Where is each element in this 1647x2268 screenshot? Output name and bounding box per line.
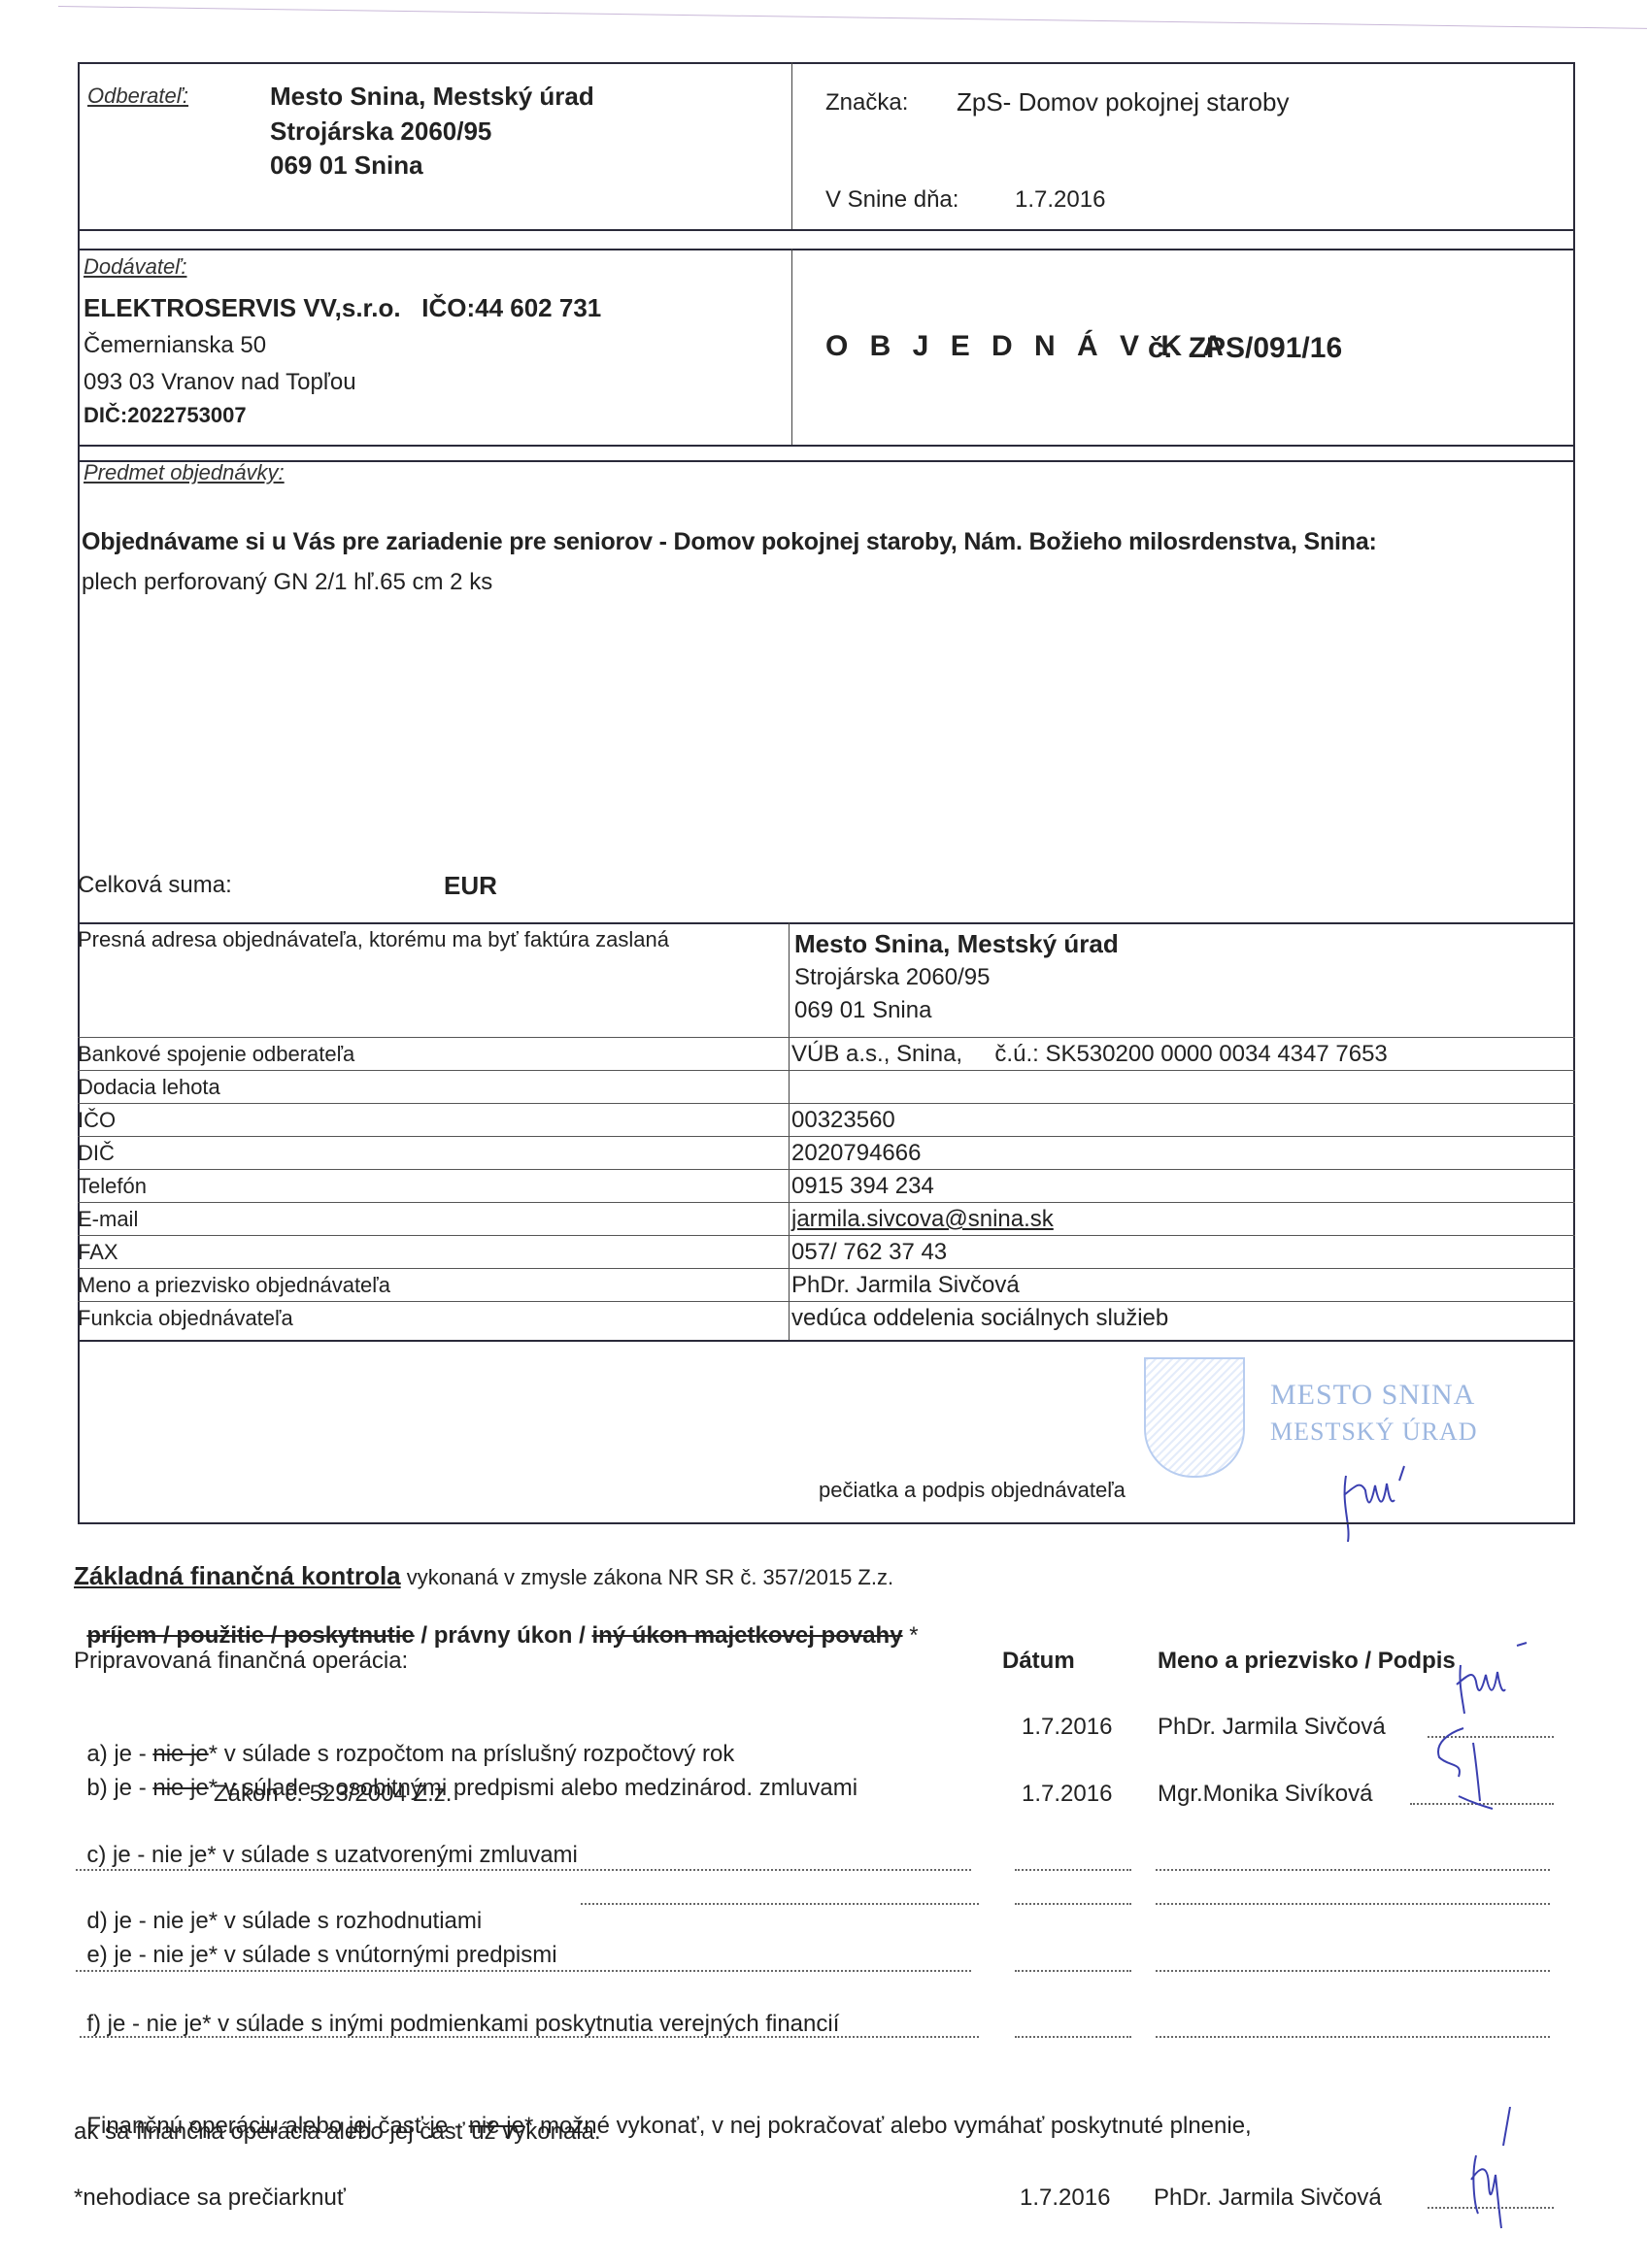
supplier-bottom-line	[78, 445, 1575, 447]
control-type-sep-1: /	[415, 1622, 434, 1649]
stamp-text-2: MESTSKÝ ÚRAD	[1270, 1417, 1478, 1447]
supplier-label: Dodávateľ:	[84, 254, 186, 280]
customer-label: Odberateľ:	[87, 83, 188, 109]
details-row-label: Funkcia objednávateľa	[78, 1306, 293, 1331]
header-bottom-line	[78, 229, 1575, 231]
control-type-line: príjem / použitie / poskytnutie / právny…	[74, 1595, 919, 1650]
control-title-line: Základná finančná kontrola vykonaná v zm…	[74, 1561, 893, 1591]
signature-final-icon	[1457, 2107, 1534, 2233]
item-e-prefix: e) je - nie je	[86, 1942, 208, 1968]
invoice-address-street: Strojárska 2060/95	[794, 964, 990, 991]
box-border-top	[78, 62, 1575, 64]
details-row-separator	[78, 1070, 1575, 1071]
email-link[interactable]: jarmila.sivcova@snina.sk	[791, 1206, 1054, 1233]
item-c-prefix: c) je - nie je	[86, 1842, 207, 1868]
item-f-prefix: f) je - nie je	[86, 2011, 202, 2037]
order-number: č. ZPS/091/16	[1148, 332, 1342, 365]
control-type-sep-2: /	[572, 1622, 591, 1649]
supplier-divider	[791, 249, 792, 445]
control-item-b: b) je - nie je* v súlade s osobitnými pr…	[74, 1748, 857, 1802]
subject-item: plech perforovaný GN 2/1 hľ.65 cm 2 ks	[82, 569, 492, 596]
details-row-label: FAX	[78, 1240, 118, 1265]
item-d-line-text	[581, 1903, 979, 1905]
details-row-value: 00323560	[791, 1107, 895, 1134]
details-row-separator	[78, 1103, 1575, 1104]
control-title: Základná finančná kontrola	[74, 1561, 401, 1590]
control-type-star: *	[903, 1622, 919, 1649]
date-label: V Snine dňa:	[825, 186, 958, 214]
item-b-name: Mgr.Monika Sivíková	[1158, 1781, 1372, 1808]
date-value: 1.7.2016	[1015, 186, 1105, 214]
reference-label: Značka:	[825, 89, 908, 117]
details-row-label: Telefón	[78, 1174, 147, 1199]
item-e-line-text	[76, 1970, 971, 1972]
item-b-subline: Zákon č. 523/2004 Z.z.	[214, 1781, 452, 1808]
customer-name: Mesto Snina, Mestský úrad	[270, 82, 594, 112]
details-row-value: VÚB a.s., Snina, č.ú.: SK530200 0000 003…	[791, 1041, 1388, 1068]
item-c-text: * v súlade s uzatvorenými zmluvami	[207, 1842, 577, 1868]
reference-value: ZpS- Domov pokojnej staroby	[957, 87, 1289, 117]
item-f-line-date	[1015, 2036, 1131, 2038]
details-row-separator	[78, 1235, 1575, 1236]
date-column-header: Dátum	[1002, 1648, 1075, 1675]
final-name: PhDr. Jarmila Sivčová	[1154, 2185, 1382, 2212]
details-row-value: 0915 394 234	[791, 1173, 934, 1200]
supplier-dic: DIČ:2022753007	[84, 403, 247, 428]
control-type-struck-1: príjem / použitie / poskytnutie	[86, 1622, 414, 1649]
signature-header-icon	[1449, 1641, 1536, 1718]
item-c-line-name	[1156, 1869, 1550, 1871]
signature-icon	[1336, 1456, 1424, 1544]
details-row-separator	[78, 1136, 1575, 1137]
details-row-separator	[78, 1268, 1575, 1269]
subject-label: Predmet objednávky:	[84, 460, 285, 485]
details-row-separator	[78, 1202, 1575, 1203]
operation-label: Pripravovaná finančná operácia:	[74, 1648, 408, 1675]
item-c-line-text	[76, 1869, 971, 1871]
invoice-address-label: Presná adresa objednávateľa, ktorému ma …	[78, 927, 669, 952]
total-currency: EUR	[444, 871, 497, 901]
item-b-date: 1.7.2016	[1022, 1781, 1112, 1808]
item-d-line-date	[1015, 1903, 1131, 1905]
conclusion-line-2: ak sa finančná operácia alebo jej časť u…	[74, 2118, 601, 2146]
final-date: 1.7.2016	[1020, 2185, 1110, 2212]
signature-b-icon	[1420, 1723, 1497, 1811]
item-a-date: 1.7.2016	[1022, 1714, 1112, 1741]
header-divider	[791, 62, 792, 229]
item-d-line-name	[1156, 1903, 1550, 1905]
box-border-right	[1573, 62, 1575, 1524]
conclusion-post: * možné vykonať, v nej pokračovať alebo …	[524, 2113, 1252, 2139]
details-row-label: IČO	[78, 1108, 116, 1133]
item-f-line-name	[1156, 2036, 1550, 2038]
item-b-struck: nie je	[152, 1775, 208, 1801]
control-item-e: e) je - nie je* v súlade s vnútornými pr…	[74, 1915, 557, 1969]
control-type-active: právny úkon	[434, 1622, 573, 1649]
customer-city: 069 01 Snina	[270, 150, 423, 181]
stamp-emblem-icon	[1144, 1357, 1245, 1478]
item-e-line-date	[1015, 1970, 1131, 1972]
scan-artifact-line	[58, 6, 1647, 29]
supplier-top-line	[78, 249, 1575, 250]
customer-street: Strojárska 2060/95	[270, 117, 491, 147]
subject-top-line	[78, 460, 1575, 462]
footnote: *nehodiace sa prečiarknuť	[74, 2185, 346, 2212]
details-row-value: 2020794666	[791, 1140, 921, 1167]
details-row-label: Dodacia lehota	[78, 1075, 220, 1100]
details-row-separator	[78, 1037, 1575, 1038]
total-label: Celková suma:	[78, 872, 232, 899]
details-row-label: E-mail	[78, 1207, 138, 1232]
subject-intro: Objednávame si u Vás pre zariadenie pre …	[82, 528, 1377, 556]
details-row-separator	[78, 1301, 1575, 1302]
control-title-suffix: vykonaná v zmysle zákona NR SR č. 357/20…	[401, 1565, 893, 1589]
stamp-text-1: MESTO SNINA	[1270, 1379, 1475, 1412]
item-e-text: * v súlade s vnútornými predpismi	[209, 1942, 557, 1968]
details-row-value: vedúca oddelenia sociálnych služieb	[791, 1305, 1168, 1332]
item-e-line-name	[1156, 1970, 1550, 1972]
control-item-c: c) je - nie je* v súlade s uzatvorenými …	[74, 1815, 578, 1869]
item-c-line-date	[1015, 1869, 1131, 1871]
name-column-header: Meno a priezvisko / Podpis	[1158, 1648, 1456, 1675]
details-row-value: PhDr. Jarmila Sivčová	[791, 1272, 1020, 1299]
item-a-name: PhDr. Jarmila Sivčová	[1158, 1714, 1386, 1741]
supplier-name-ico: ELEKTROSERVIS VV,s.r.o. IČO:44 602 731	[84, 293, 601, 323]
details-top-line	[78, 922, 1575, 924]
details-row-value: 057/ 762 37 43	[791, 1239, 947, 1266]
control-type-struck-2: iný úkon majetkovej povahy	[591, 1622, 902, 1649]
details-bottom-line	[78, 1340, 1575, 1342]
details-row-label: Meno a priezvisko objednávateľa	[78, 1273, 390, 1298]
control-item-f: f) je - nie je* v súlade s inými podmien…	[74, 1984, 839, 2038]
invoice-address-city: 069 01 Snina	[794, 997, 931, 1024]
invoice-address-name: Mesto Snina, Mestský úrad	[794, 929, 1119, 959]
details-row-label: Bankové spojenie odberateľa	[78, 1042, 354, 1067]
item-f-line-text	[80, 2036, 979, 2038]
item-f-text: * v súlade s inými podmienkami poskytnut…	[202, 2011, 839, 2037]
box-border-bottom	[78, 1522, 1575, 1524]
details-row-separator	[78, 1169, 1575, 1170]
supplier-city: 093 03 Vranov nad Topľou	[84, 369, 356, 396]
details-row-label: DIČ	[78, 1141, 115, 1166]
stamp-caption: pečiatka a podpis objednávateľa	[819, 1478, 1126, 1503]
supplier-street: Čemernianska 50	[84, 332, 266, 359]
item-b-prefix: b) je -	[86, 1775, 152, 1801]
details-divider	[789, 922, 790, 1340]
